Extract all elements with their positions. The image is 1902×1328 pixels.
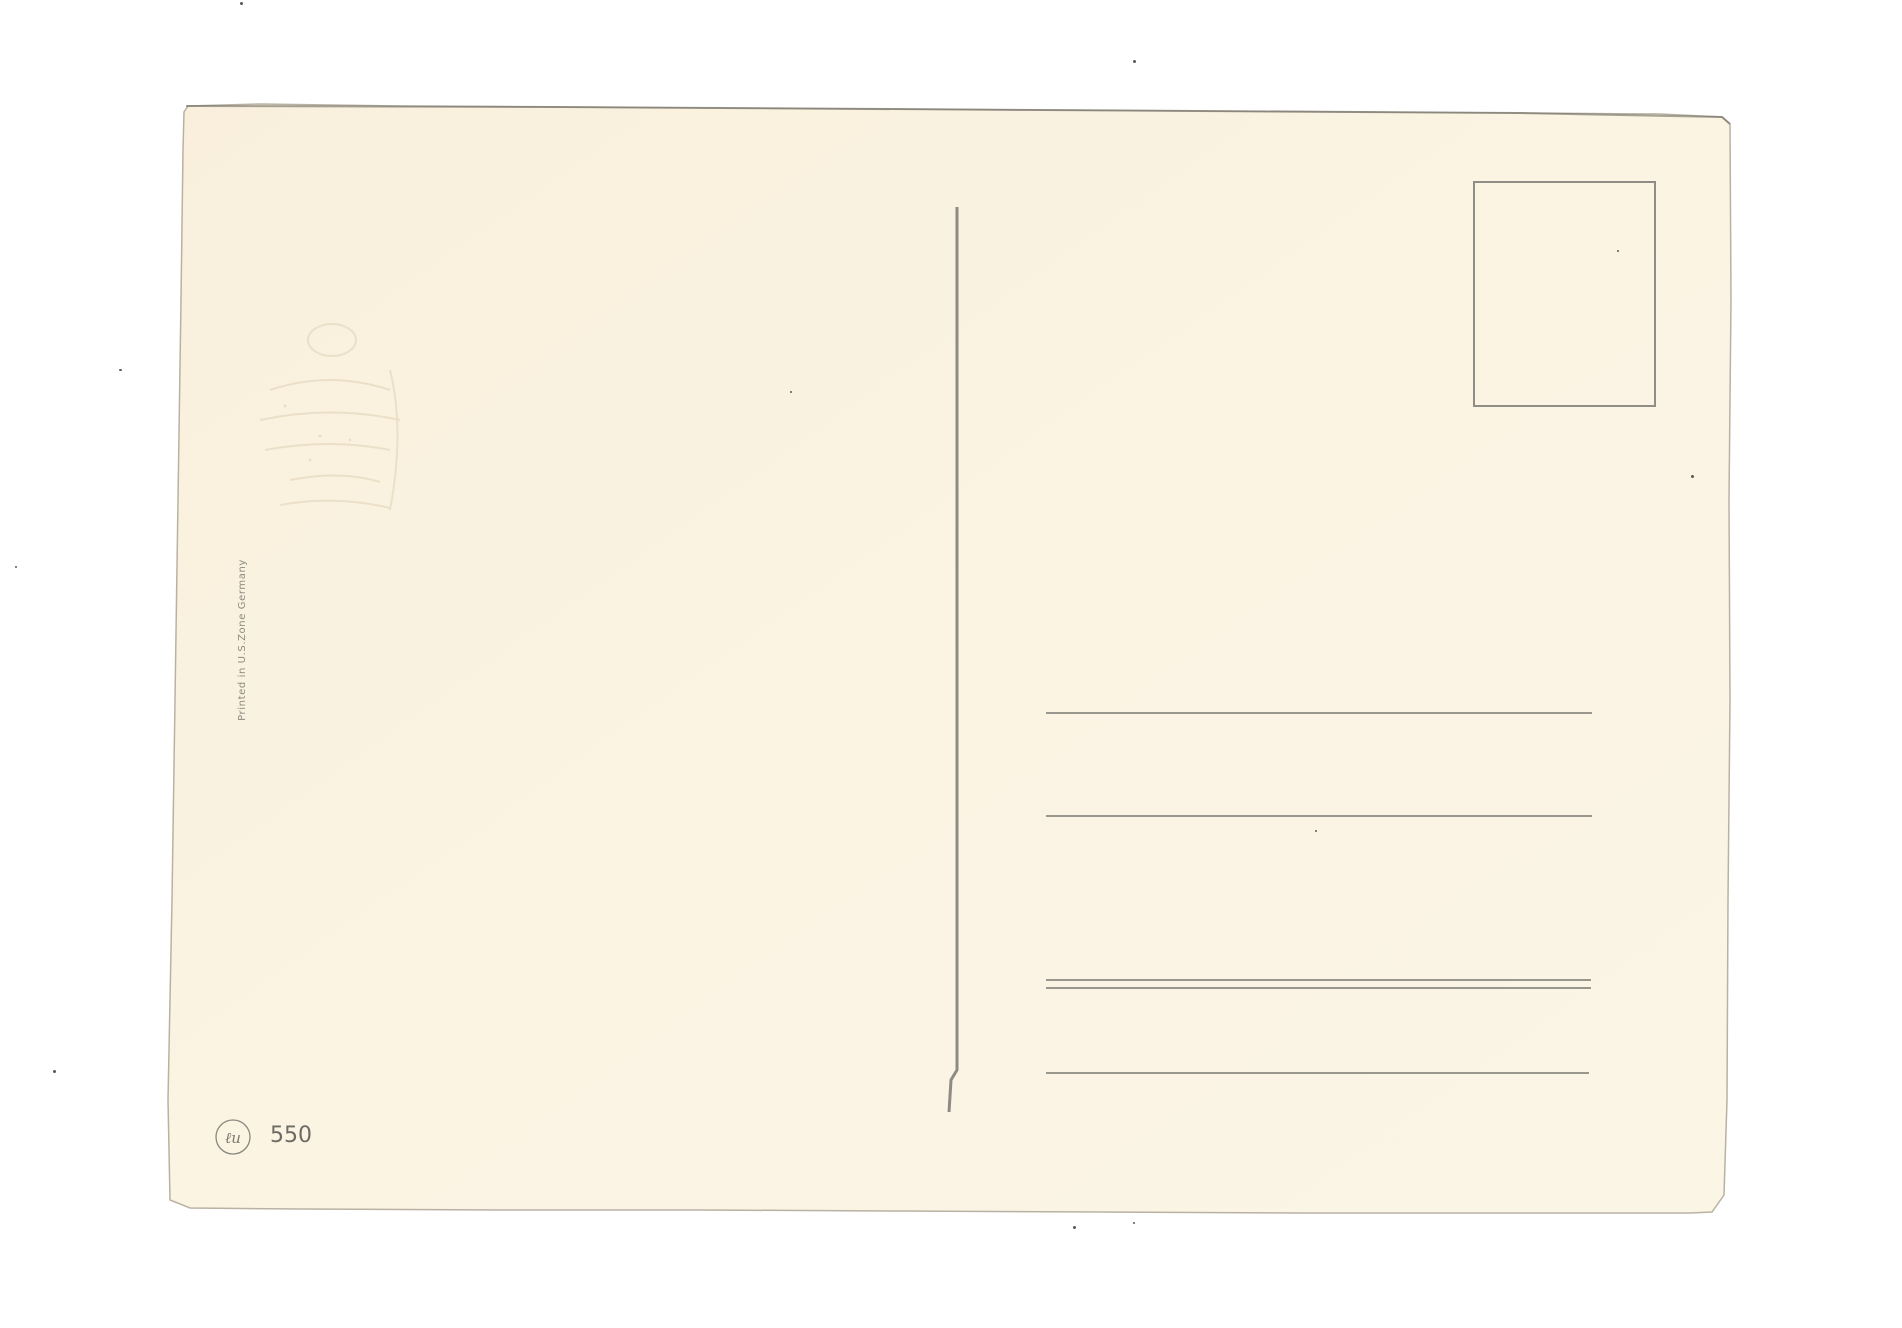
- address-line-3b: [1046, 987, 1591, 989]
- address-line-4: [1046, 1072, 1589, 1074]
- scan-speck: [1133, 1222, 1135, 1224]
- scan-speck: [1133, 60, 1136, 63]
- imprint-text: Printed in U.S.Zone Germany: [236, 545, 250, 735]
- scan-speck: [1691, 475, 1694, 478]
- scan-speck: [790, 391, 792, 393]
- scan-speck: [119, 369, 122, 371]
- scan-speck: [1617, 250, 1619, 252]
- scan-speck: [1315, 830, 1317, 832]
- scan-scene: Printed in U.S.Zone Germany ℓu 550: [0, 0, 1902, 1328]
- scan-speck: [15, 566, 17, 568]
- address-line-1: [1046, 712, 1592, 714]
- scan-speck: [53, 1070, 56, 1073]
- card-number: 550: [270, 1121, 312, 1151]
- svg-text:ℓu: ℓu: [225, 1129, 241, 1147]
- stamp-box: [1473, 181, 1656, 407]
- scan-speck: [1073, 1226, 1076, 1229]
- address-line-2: [1046, 815, 1592, 817]
- address-line-3a: [1046, 979, 1591, 981]
- emboss-decoration: [240, 310, 420, 530]
- scan-speck: [240, 2, 243, 5]
- publisher-logo-icon: ℓu: [213, 1117, 253, 1157]
